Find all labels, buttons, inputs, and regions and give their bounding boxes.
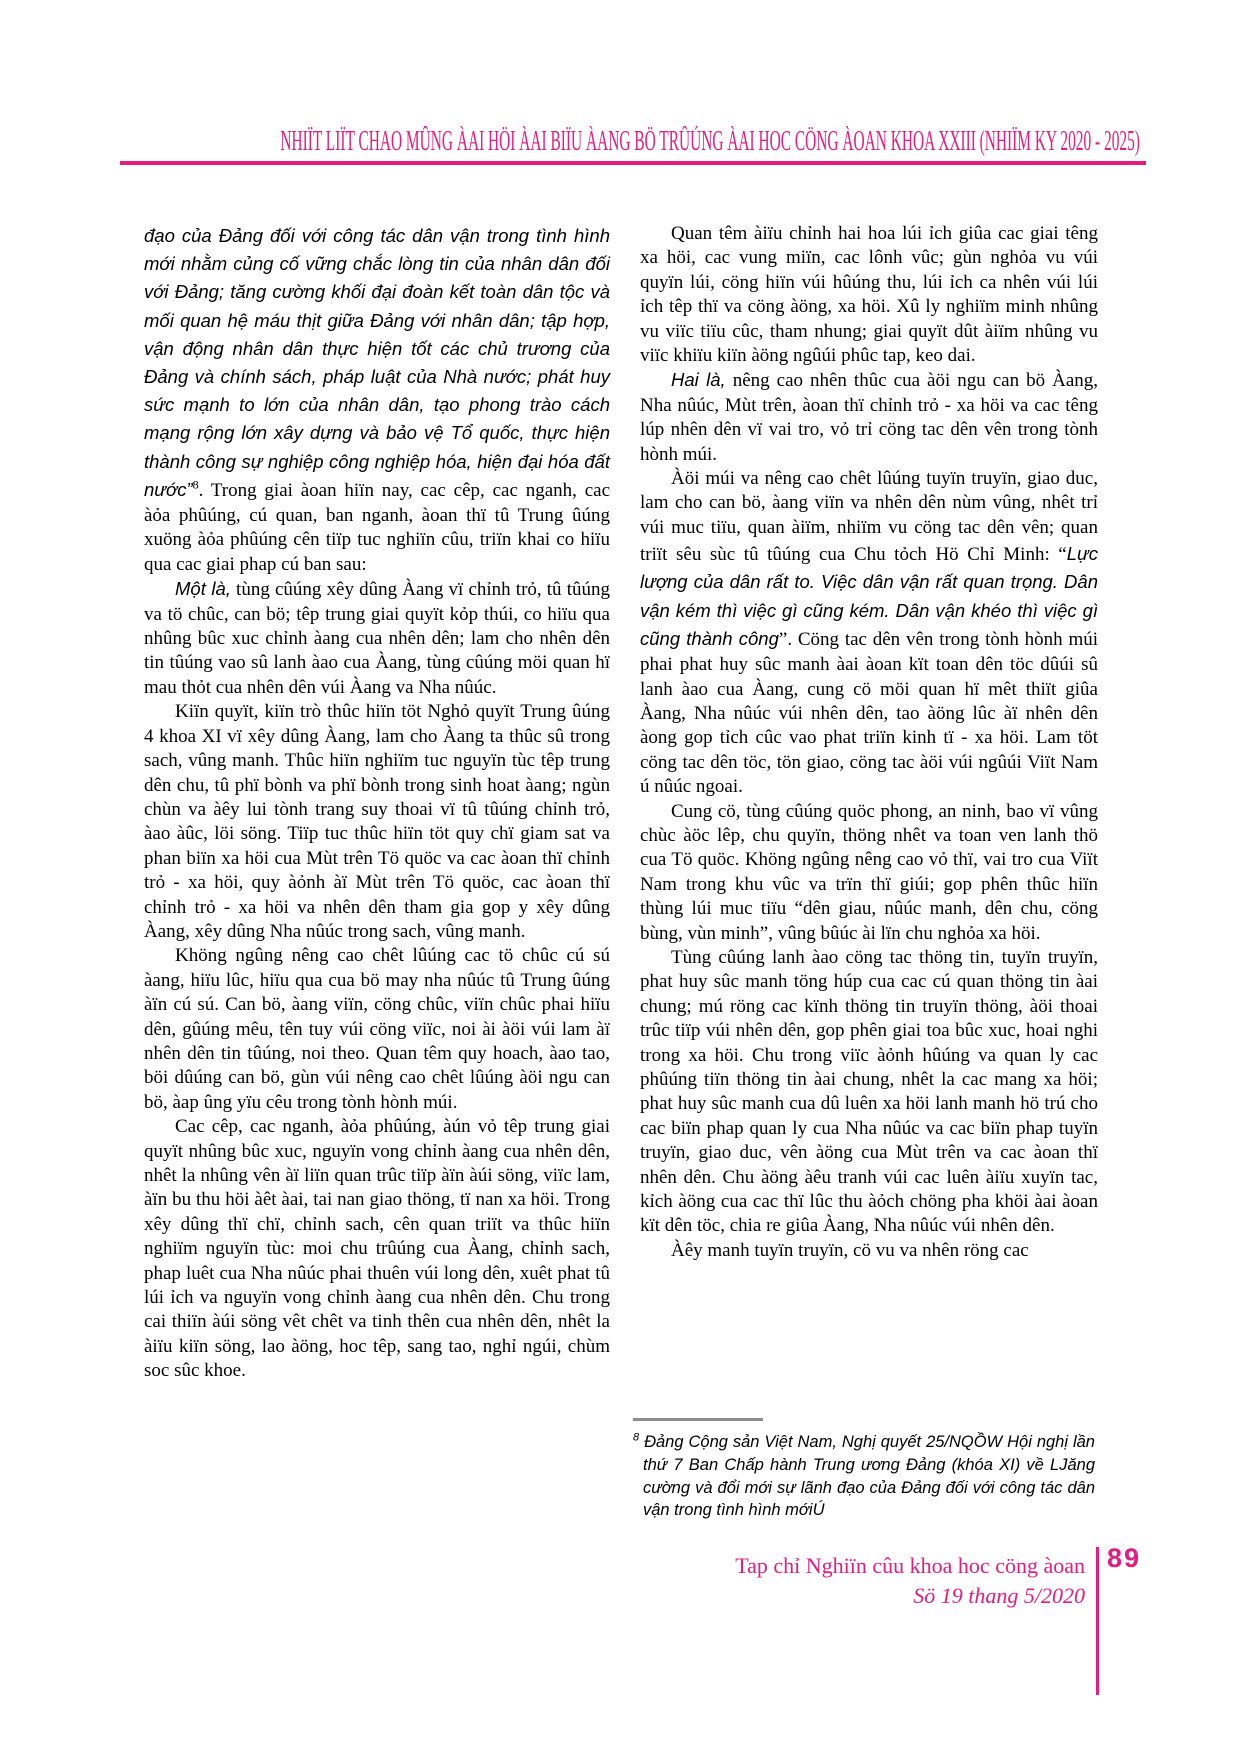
paragraph: Cac cêp, cac nganh, àỏa phûúng, àún vỏ t… — [144, 1115, 610, 1383]
issue-info: Sö 19 thang 5/2020 — [913, 1583, 1085, 1609]
header-banner: NHIÏT LIÏT CHAO MÛNG ÀAI HÖI ÀAI BIÏU ÀA… — [280, 126, 1140, 158]
footnote-text: 8 Đảng Cộng sản Việt Nam, Nghị quyết 25/… — [633, 1431, 1095, 1522]
paragraph-lead: Một là, — [175, 578, 231, 599]
paragraph: Quan têm àiïu chỉnh hai hoa lúi ỉch giûa… — [640, 222, 1098, 368]
paragraph: Tùng cûúng lanh àao cöng tac thöng tin, … — [640, 946, 1098, 1239]
paragraph-ho-chi-minh-quote: Àöi múi va nêng cao chêt lûúng tuyïn tru… — [640, 467, 1098, 799]
left-column: đạo của Đảng đối với công tác dân vận tr… — [144, 222, 610, 1384]
paragraph: Àêy manh tuyïn truyïn, cö vu va nhên rön… — [640, 1239, 1098, 1263]
paragraph: Kiïn quyït, kiïn trò thûc hiïn töt Nghỏ … — [144, 700, 610, 944]
footnote-rule — [633, 1418, 763, 1421]
footnote-marker: 8 — [633, 1432, 639, 1444]
footnote-body: Đảng Cộng sản Việt Nam, Nghị quyết 25/NQ… — [643, 1433, 1095, 1519]
body-text: ”. Cöng tac dên vên trong tònh hònh múi … — [640, 629, 1098, 797]
journal-name: Tap chỉ Nghiïn cûu khoa hoc cöng àoan — [735, 1553, 1085, 1579]
page-number: 89 — [1107, 1543, 1141, 1574]
paragraph-quote-continued: đạo của Đảng đối với công tác dân vận tr… — [144, 222, 610, 577]
body-text: Àöi múi va nêng cao chêt lûúng tuyïn tru… — [640, 468, 1098, 565]
journal-page: NHIÏT LIÏT CHAO MÛNG ÀAI HÖI ÀAI BIÏU ÀA… — [0, 0, 1240, 1753]
paragraph-mot-la: Một là, tùng cûúng xêy dûng Àang vï chỉn… — [144, 577, 610, 700]
paragraph-lead: Hai là, — [671, 369, 726, 390]
right-column: Quan têm àiïu chỉnh hai hoa lúi ỉch giûa… — [640, 222, 1098, 1263]
quote-italic-text: đạo của Đảng đối với công tác dân vận tr… — [144, 225, 610, 500]
paragraph-hai-la: Hai là, nêng cao nhên thûc cua àöi ngu c… — [640, 368, 1098, 467]
body-text: . Trong giai àoan hiïn nay, cac cêp, cac… — [144, 480, 610, 575]
footer-divider — [1096, 1547, 1099, 1695]
footnote: 8 Đảng Cộng sản Việt Nam, Nghị quyết 25/… — [633, 1418, 1095, 1522]
paragraph: Cung cö, tùng cûúng quöc phong, an ninh,… — [640, 800, 1098, 946]
header-rule — [120, 161, 1146, 165]
paragraph: Khöng ngûng nêng cao chêt lûúng cac tö c… — [144, 944, 610, 1115]
